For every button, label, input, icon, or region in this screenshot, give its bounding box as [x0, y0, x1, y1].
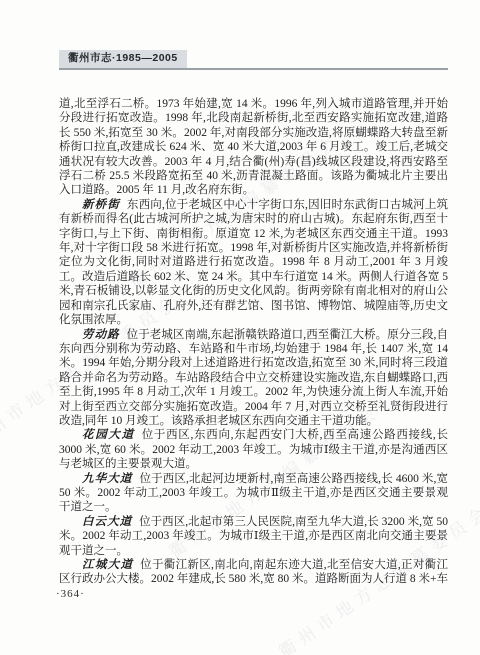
- paragraph-fudong-street-continuation: 道,北至浮石二桥。1973 年始建,宽 14 米。1996 年,列入城市道路管理…: [59, 97, 448, 198]
- paragraph-baiyun-avenue: 白云大道位于西区,北起市第三人民医院,南至九华大道,长 3200 米,宽 50 …: [59, 515, 448, 558]
- body-text: 道,北至浮石二桥。1973 年始建,宽 14 米。1996 年,列入城市道路管理…: [59, 97, 448, 585]
- page-number: ·364·: [56, 588, 85, 600]
- road-name: 新桥街: [82, 199, 120, 211]
- paragraph-laodong-road: 劳动路位于老城区南端,东起浙赣铁路道口,西至衢江大桥。原分三段,自东向西分别称为…: [59, 328, 448, 429]
- road-name: 江城大道: [82, 559, 133, 571]
- paragraph-text: 道,北至浮石二桥。1973 年始建,宽 14 米。1996 年,列入城市道路管理…: [59, 98, 448, 196]
- paragraph-text: 位于老城区南端,东起浙赣铁路道口,西至衢江大桥。原分三段,自东向西分别称为劳动路…: [59, 329, 448, 427]
- paragraph-xinqiao-street: 新桥街东西向,位于老城区中心十字街口东,因旧时东武街口古城河上筑有新桥而得名(此…: [59, 198, 448, 328]
- volume-title: 衢州市志·1985—2005: [59, 50, 187, 68]
- running-head: 衢州市志·1985—2005: [59, 50, 448, 70]
- road-name: 花园大道: [82, 429, 135, 441]
- paragraph-jiangcheng-avenue: 江城大道位于衢江新区,南北向,南起东迹大道,北至信安大道,正对衢江区行政办公大楼…: [59, 558, 448, 585]
- paragraph-jiuhua-avenue: 九华大道位于西区,北起河边埂新村,南至高速公路西接线,长 4600 米,宽 50…: [59, 472, 448, 515]
- paragraph-text: 东西向,位于老城区中心十字街口东,因旧时东武街口古城河上筑有新桥而得名(此古城河…: [59, 199, 448, 326]
- road-name: 九华大道: [82, 473, 133, 485]
- book-page: 衢州市地方志编纂委员会 衢州市地方志编纂委员会 衢州市地方志编纂委员会 衢州市地…: [0, 0, 480, 655]
- road-name: 白云大道: [82, 516, 132, 528]
- paragraph-huayuan-avenue: 花园大道位于西区,东西向,东起西安门大桥,西至高速公路西接线,长 3000 米,…: [59, 428, 448, 471]
- road-name: 劳动路: [82, 329, 120, 341]
